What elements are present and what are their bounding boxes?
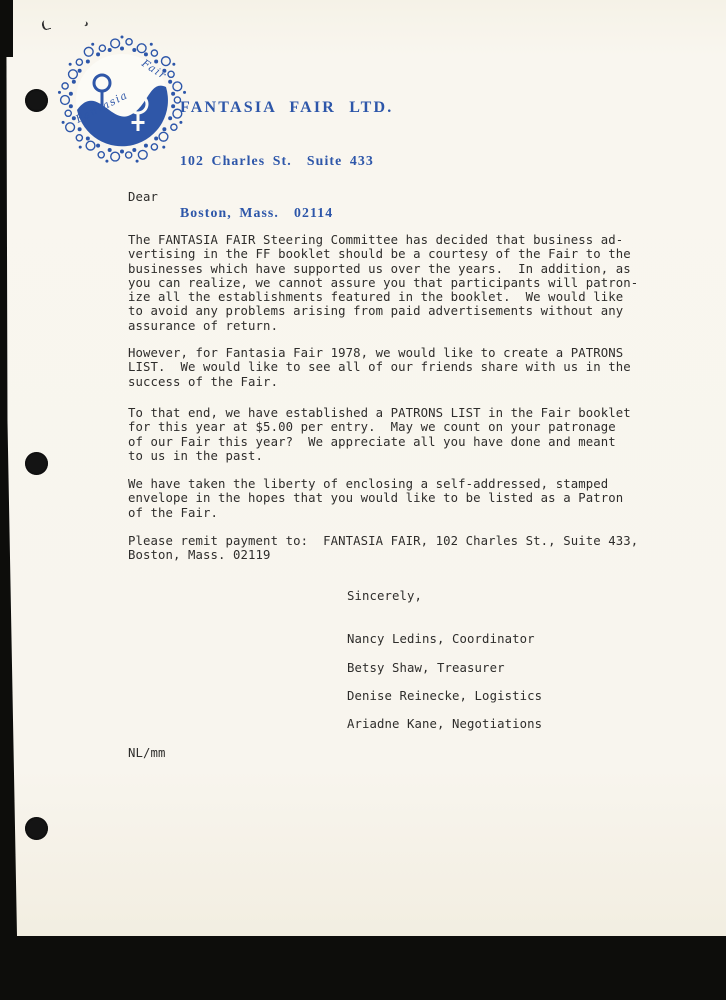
signature-line: Ariadne Kane, Negotiations — [347, 717, 542, 731]
company-name: FANTASIA FAIR LTD. — [180, 98, 393, 117]
scan-edge-corner — [0, 0, 13, 57]
ink-smudge — [41, 19, 51, 31]
paragraph: Please remit payment to: FANTASIA FAIR, … — [128, 534, 648, 563]
typist-reference: NL/mm — [128, 746, 166, 760]
salutation: Dear — [128, 190, 648, 204]
fantasia-logo-svg: Fantasia Fair — [52, 30, 192, 170]
signature-line: Betsy Shaw, Treasurer — [347, 661, 505, 675]
letterhead-text-block: FANTASIA FAIR LTD. 102 Charles St. Suite… — [180, 62, 393, 256]
hole-punch — [25, 817, 48, 840]
paragraph: The FANTASIA FAIR Steering Committee has… — [128, 233, 648, 333]
scan-edge-bottom — [0, 936, 726, 1000]
letterhead-address-line2: Boston, Mass. 02114 — [180, 205, 393, 221]
hole-punch — [25, 89, 48, 112]
letter-page: Fantasia Fair FANTASIA FAIR LTD. 102 Cha… — [6, 0, 726, 936]
paragraph: We have taken the liberty of enclosing a… — [128, 477, 648, 520]
paragraph: To that end, we have established a PATRO… — [128, 406, 648, 463]
fantasia-logo: Fantasia Fair — [52, 30, 192, 170]
letterhead-address-line1: 102 Charles St. Suite 433 — [180, 153, 393, 169]
closing: Sincerely, — [347, 589, 422, 603]
paragraph: However, for Fantasia Fair 1978, we woul… — [128, 346, 648, 389]
signature-line: Denise Reinecke, Logistics — [347, 689, 542, 703]
hole-punch — [25, 452, 48, 475]
ink-smudge — [80, 20, 88, 27]
signature-line: Nancy Ledins, Coordinator — [347, 632, 535, 646]
